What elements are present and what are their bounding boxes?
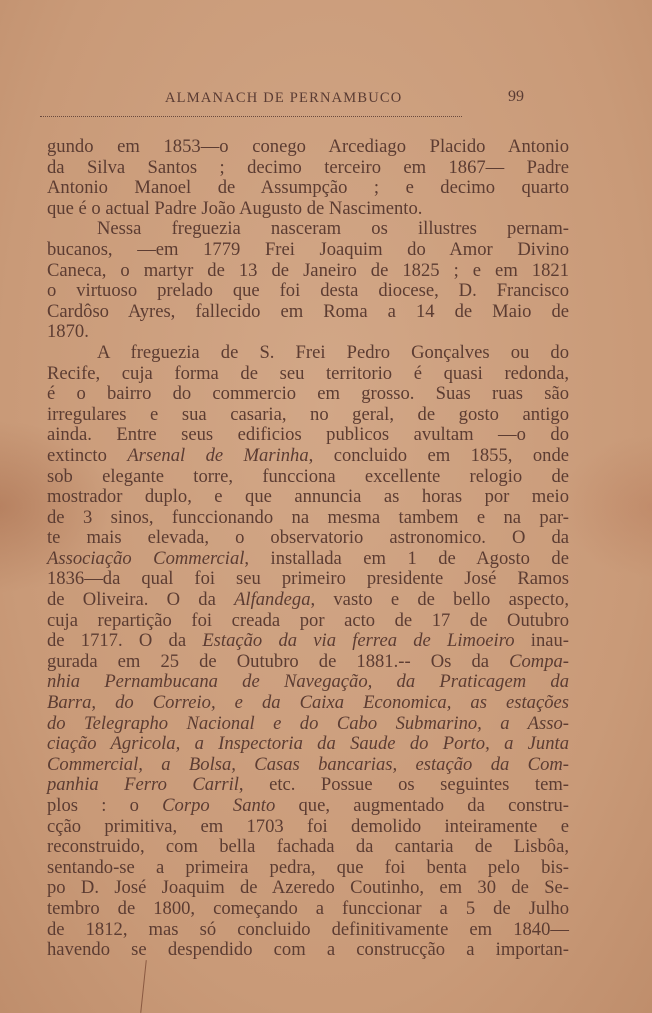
italic-phrase: Arsenal de Marinha: [127, 445, 308, 466]
italic-phrase: panhia Ferro Carril: [47, 774, 239, 795]
text-line: de Oliveira. O da Alfandega, vasto e de …: [47, 590, 569, 611]
text-line: panhia Ferro Carril, etc. Possue os segu…: [47, 775, 569, 796]
text-run: , installada em 1 de Agosto de: [244, 548, 569, 569]
italic-phrase: Barra, do Correio, e da Caixa Economica,…: [47, 692, 569, 713]
italic-phrase: nhia Pernambucana de Navegação, da Prati…: [47, 671, 569, 692]
text-line: sob elegante torre, funcciona excellente…: [47, 467, 569, 488]
text-line: bucanos, —em 1779 Frei Joaquim do Amor D…: [47, 240, 569, 261]
text-line: Nessa freguezia nasceram os illustres pe…: [47, 219, 569, 240]
text-run: de Oliveira. O da: [47, 589, 234, 610]
text-line: o virtuoso prelado que foi desta diocese…: [47, 281, 569, 302]
paper-crease: [140, 960, 147, 1013]
text-line: ainda. Entre seus edificios publicos avu…: [47, 425, 569, 446]
text-run: plos : o: [47, 795, 162, 816]
text-line: 1836—da qual foi seu primeiro presidente…: [47, 569, 569, 590]
text-line: te mais elevada, o observatorio astronom…: [47, 528, 569, 549]
text-line: cuja repartição foi creada por acto de 1…: [47, 611, 569, 632]
text-line: irregulares e sua casaria, no geral, de …: [47, 405, 569, 426]
running-title: ALMANACH DE PERNAMBUCO: [165, 90, 402, 107]
body-text: gundo em 1853—o conego Arcediago Placido…: [47, 137, 569, 961]
text-run: de 1717. O da: [47, 630, 202, 651]
text-line: nhia Pernambucana de Navegação, da Prati…: [47, 672, 569, 693]
page-number: 99: [508, 88, 524, 106]
header-dotted-rule: [40, 116, 462, 117]
text-line: gurada em 25 de Outubro de 1881.-- Os da…: [47, 652, 569, 673]
text-line: reconstruido, com bella fachada da canta…: [47, 837, 569, 858]
text-line: mostrador duplo, e que annuncia as horas…: [47, 487, 569, 508]
scanned-page: ALMANACH DE PERNAMBUCO 99 gundo em 1853—…: [0, 0, 652, 1013]
text-line: tembro de 1800, começando a funccionar a…: [47, 899, 569, 920]
italic-phrase: do Telegrapho Nacional e do Cabo Submari…: [47, 713, 569, 734]
text-line: po D. José Joaquim de Azeredo Coutinho, …: [47, 878, 569, 899]
text-line: de 1812, mas só concluido definitivament…: [47, 920, 569, 941]
text-line: de 1717. O da Estação da via ferrea de L…: [47, 631, 569, 652]
text-run: , concluido em 1855, onde: [309, 445, 569, 466]
text-run: inau-: [515, 630, 569, 651]
text-line: havendo se despendido com a construcção …: [47, 940, 569, 961]
text-line: é o bairro do commercio em grosso. Suas …: [47, 384, 569, 405]
text-line: A freguezia de S. Frei Pedro Gonçalves o…: [47, 343, 569, 364]
text-line: sentando-se a primeira pedra, que foi be…: [47, 858, 569, 879]
text-run: , etc. Possue os seguintes tem-: [239, 774, 569, 795]
text-line: 1870.: [47, 322, 569, 343]
text-run: extincto: [47, 445, 127, 466]
text-line: extincto Arsenal de Marinha, concluido e…: [47, 446, 569, 467]
text-line: Associação Commercial, installada em 1 d…: [47, 549, 569, 570]
text-line: do Telegrapho Nacional e do Cabo Submari…: [47, 714, 569, 735]
text-line: plos : o Corpo Santo que, augmentado da …: [47, 796, 569, 817]
italic-phrase: Commercial, a Bolsa, Casas bancarias, es…: [47, 754, 569, 775]
text-line: Recife, cuja forma de seu territorio é q…: [47, 364, 569, 385]
text-line: Barra, do Correio, e da Caixa Economica,…: [47, 693, 569, 714]
page-header: ALMANACH DE PERNAMBUCO 99: [42, 86, 562, 110]
italic-phrase: Corpo Santo: [162, 795, 275, 816]
text-line: Antonio Manoel de Assumpção ; e decimo q…: [47, 178, 569, 199]
text-line: Cardôso Ayres, fallecido em Roma a 14 de…: [47, 302, 569, 323]
text-run: que, augmentado da constru-: [275, 795, 569, 816]
text-line: Commercial, a Bolsa, Casas bancarias, es…: [47, 755, 569, 776]
text-run: , vasto e de bello aspecto,: [311, 589, 569, 610]
text-run: gurada em 25 de Outubro de 1881.-- Os da: [47, 651, 509, 672]
italic-phrase: Estação da via ferrea de Limoeiro: [202, 630, 514, 651]
text-line: ciação Agricola, a Inspectoria da Saude …: [47, 734, 569, 755]
text-line: de 3 sinos, funccionando na mesma tambem…: [47, 508, 569, 529]
text-line: Caneca, o martyr de 13 de Janeiro de 182…: [47, 261, 569, 282]
text-line: que é o actual Padre João Augusto de Nas…: [47, 199, 569, 220]
italic-phrase: Alfandega: [234, 589, 310, 610]
text-line: da Silva Santos ; decimo terceiro em 186…: [47, 158, 569, 179]
text-line: gundo em 1853—o conego Arcediago Placido…: [47, 137, 569, 158]
italic-phrase: ciação Agricola, a Inspectoria da Saude …: [47, 733, 569, 754]
italic-phrase: Compa-: [509, 651, 569, 672]
italic-phrase: Associação Commercial: [47, 548, 244, 569]
text-line: cção primitiva, em 1703 foi demolido int…: [47, 817, 569, 838]
